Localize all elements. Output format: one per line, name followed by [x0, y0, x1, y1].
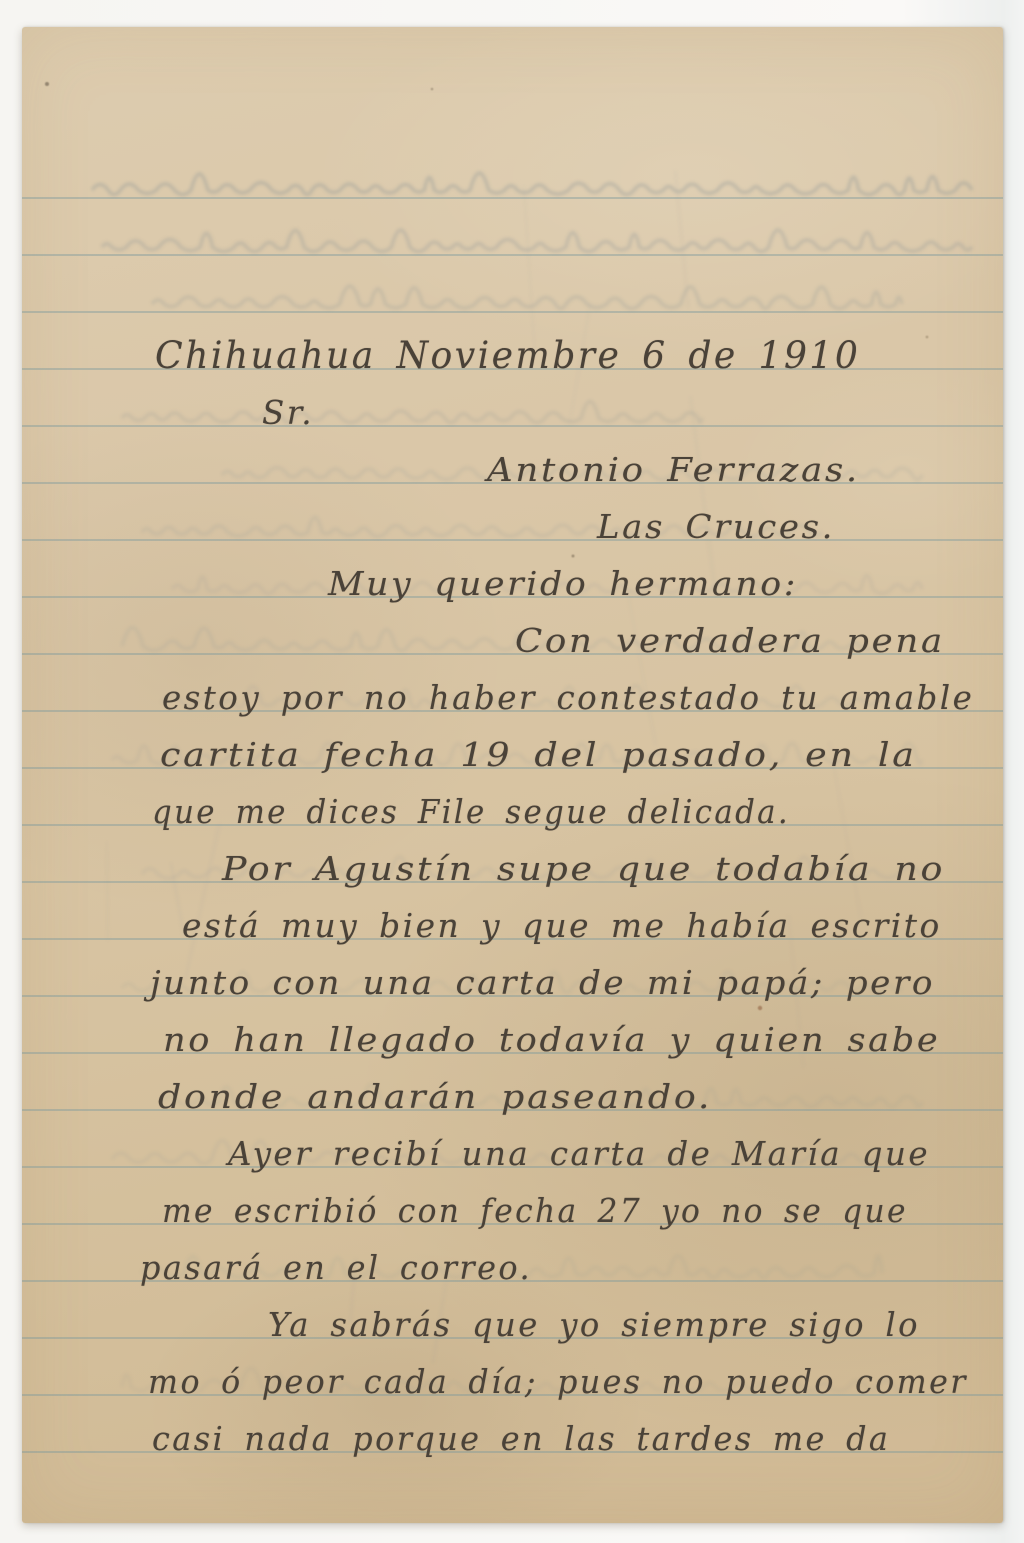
body-line: donde andarán paseando.	[158, 1080, 712, 1113]
body-line: me escribió con fecha 27 yo no se que	[162, 1194, 908, 1227]
body-line: mo ó peor cada día; pues no puedo comer	[148, 1365, 968, 1398]
body-line: estoy por no haber contestado tu amable	[162, 681, 974, 714]
body-line: Con verdadera pena	[515, 624, 945, 657]
letter-paper: Chihuahua Noviembre 6 de 1910 Sr. Antoni…	[22, 27, 1003, 1523]
body-line: pasará en el correo.	[140, 1251, 532, 1284]
body-line: cartita fecha 19 del pasado, en la	[160, 738, 917, 771]
body-line: Ya sabrás que yo siempre sigo lo	[268, 1308, 920, 1341]
body-line: está muy bien y que me había escrito	[182, 909, 942, 942]
addressee-city-line: Las Cruces.	[597, 510, 835, 543]
scanned-letter-page: Chihuahua Noviembre 6 de 1910 Sr. Antoni…	[0, 0, 1024, 1543]
addressee-prefix-line: Sr.	[262, 396, 314, 429]
body-line: Ayer recibí una carta de María que	[228, 1137, 930, 1170]
body-line: no han llegado todavía y quien sabe	[163, 1023, 940, 1056]
salutation-line: Muy querido hermano:	[328, 567, 798, 600]
letter-text: Chihuahua Noviembre 6 de 1910 Sr. Antoni…	[22, 27, 1003, 1523]
addressee-name-line: Antonio Ferrazas.	[487, 453, 860, 486]
body-line: casi nada porque en las tardes me da	[152, 1422, 890, 1455]
place-date-line: Chihuahua Noviembre 6 de 1910	[155, 337, 860, 374]
body-line: Por Agustín supe que todabía no	[222, 852, 945, 885]
body-line: que me dices File segue delicada.	[152, 795, 790, 828]
body-line: junto con una carta de mi papá; pero	[150, 966, 935, 999]
